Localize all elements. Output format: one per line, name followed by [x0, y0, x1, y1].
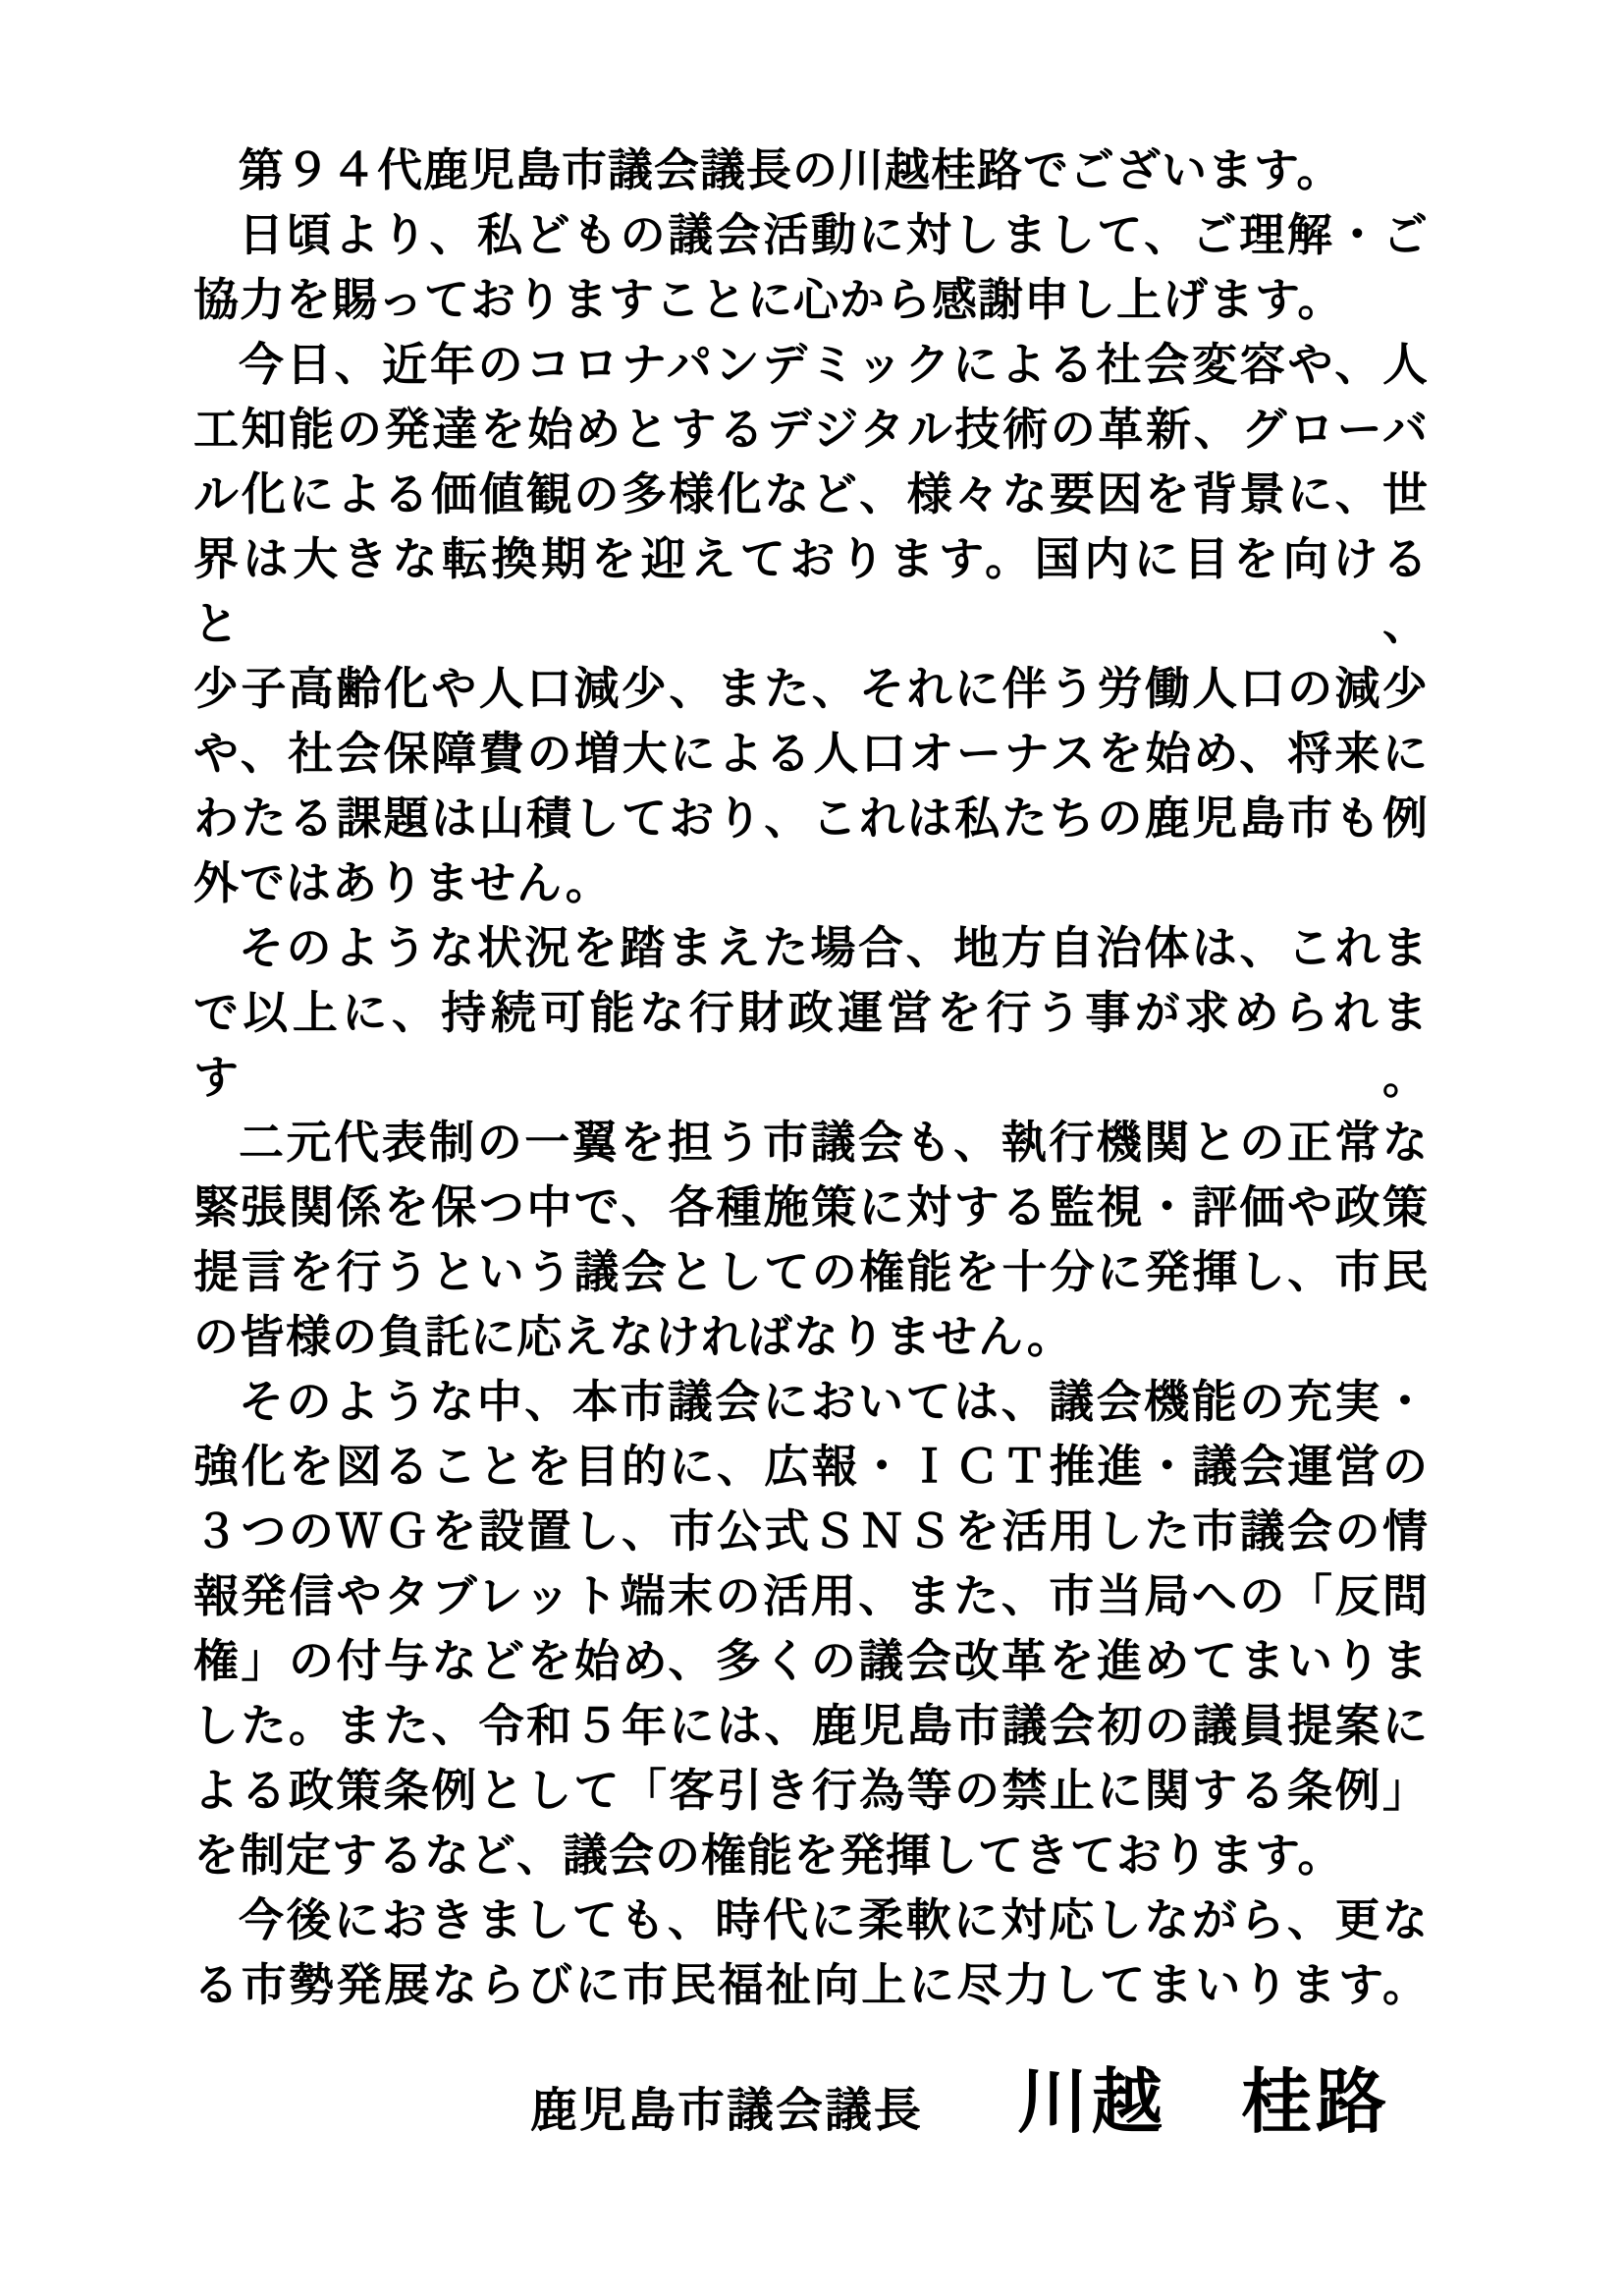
text-line: 今日、近年のコロナパンデミックによる社会変容や、人	[193, 332, 1429, 397]
text-line: 今後におきましても、時代に柔軟に対応しながら、更な	[193, 1887, 1429, 1952]
text-line: 外ではありません。	[193, 850, 1429, 915]
text-line: 協力を賜っておりますことに心から感謝申し上げます。	[193, 267, 1429, 332]
text-line: 第９４代鹿児島市議会議長の川越桂路でございます。	[193, 137, 1429, 202]
text-line: 日頃より、私どもの議会活動に対しまして、ご理解・ご	[193, 202, 1429, 267]
text-line: る市勢発展ならびに市民福祉向上に尽力してまいります。	[193, 1952, 1429, 2017]
text-line: 権」の付与などを始め、多くの議会改革を進めてまいりま	[193, 1628, 1429, 1693]
text-line: 工知能の発達を始めとするデジタル技術の革新、グローバ	[193, 397, 1429, 462]
body-text: 第９４代鹿児島市議会議長の川越桂路でございます。日頃より、私どもの議会活動に対し…	[193, 137, 1429, 2017]
text-line: の皆様の負託に応えなければなりません。	[193, 1304, 1429, 1369]
text-line: 緊張関係を保つ中で、各種施策に対する監視・評価や政策	[193, 1175, 1429, 1239]
text-line: した。また、令和５年には、鹿児島市議会初の議員提案に	[193, 1693, 1429, 1758]
text-line: そのような中、本市議会においては、議会機能の充実・	[193, 1369, 1429, 1434]
text-line: わたる課題は山積しており、これは私たちの鹿児島市も例	[193, 786, 1429, 850]
text-line: 少子高齢化や人口減少、また、それに伴う労働人口の減少	[193, 656, 1429, 721]
text-line: 二元代表制の一翼を担う市議会も、執行機関との正常な	[193, 1110, 1429, 1175]
text-line: を制定するなど、議会の権能を発揮してきております。	[193, 1823, 1429, 1887]
text-line: 報発信やタブレット端末の活用、また、市当局への「反問	[193, 1563, 1429, 1628]
text-line: 界は大きな転換期を迎えております。国内に目を向けると、	[193, 526, 1429, 656]
text-line: 提言を行うという議会としての権能を十分に発揮し、市民	[193, 1239, 1429, 1304]
text-line: よる政策条例として「客引き行為等の禁止に関する条例」	[193, 1758, 1429, 1823]
text-line: そのような状況を踏まえた場合、地方自治体は、これま	[193, 915, 1429, 980]
signature-title: 鹿児島市議会議長	[530, 2072, 923, 2140]
text-line: ル化による価値観の多様化など、様々な要因を背景に、世	[193, 462, 1429, 526]
text-line: 強化を図ることを目的に、広報・ＩＣＴ推進・議会運営の	[193, 1434, 1429, 1499]
text-line: や、社会保障費の増大による人口オーナスを始め、将来に	[193, 721, 1429, 786]
letter-page: 第９４代鹿児島市議会議長の川越桂路でございます。日頃より、私どもの議会活動に対し…	[0, 0, 1623, 2296]
signature-name: 川越 桂路	[1017, 2045, 1390, 2147]
signature: 鹿児島市議会議長 川越 桂路	[530, 2045, 1390, 2147]
text-line: ３つのＷＧを設置し、市公式ＳＮＳを活用した市議会の情	[193, 1499, 1429, 1563]
text-line: で以上に、持続可能な行財政運営を行う事が求められます。	[193, 980, 1429, 1110]
